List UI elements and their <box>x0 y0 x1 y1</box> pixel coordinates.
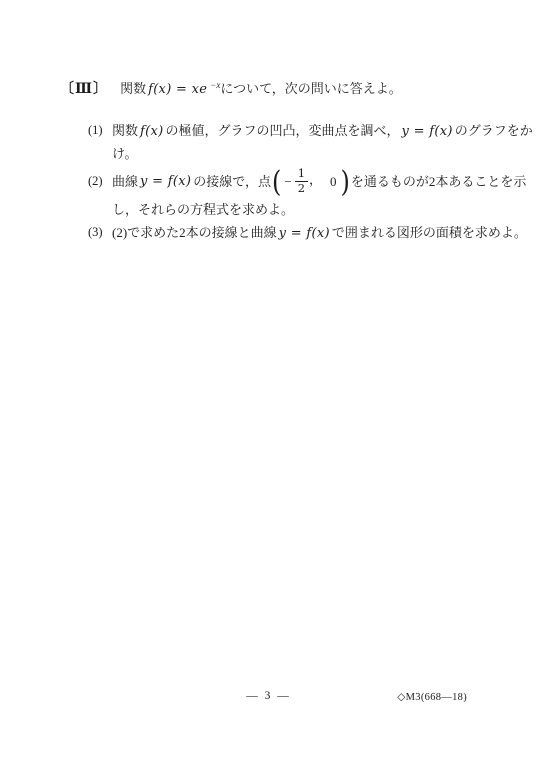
coordinate-comma: ， <box>309 163 322 200</box>
q1-math-fx: f(x) <box>140 124 164 139</box>
q1-math-y-equals-fx: y = f(x) <box>402 124 453 139</box>
question-3-text: (2)で求めた2本の接線と曲線y = f(x)で囲まれる図形の面積を求めよ。 <box>112 221 527 244</box>
close-paren: ) <box>341 167 350 196</box>
problem-label: 〔Ⅲ〕 <box>60 81 108 98</box>
statement-math-exponent: −x <box>210 80 220 90</box>
question-2-number: (2) <box>88 165 112 198</box>
q2-math-y-equals-fx: y = f(x) <box>140 165 191 198</box>
question-1-line-1: 関数f(x)の極値，グラフの凹凸，変曲点を調べ，y = f(x)のグラフをか <box>112 119 533 142</box>
coordinate-zero: 0 <box>330 165 337 198</box>
question-1-line-2: け。 <box>112 142 533 165</box>
fraction-denominator: 2 <box>295 181 308 196</box>
question-1-number: (1) <box>88 119 112 142</box>
question-1: (1) 関数f(x)の極値，グラフの凹凸，変曲点を調べ，y = f(x)のグラフ… <box>88 119 480 165</box>
q3-text-1: (2)で求めた2本の接線と曲線 <box>112 225 277 240</box>
fraction-numerator: 1 <box>295 167 308 181</box>
problem-statement: 関数f(x) = xe−xについて，次の問いに答えよ。 <box>120 80 402 98</box>
question-2-line-1: 曲線y = f(x)の接線で，点(−12，0)を通るものが2本あることを示 <box>112 165 526 198</box>
q2-text-2: の接線で，点 <box>193 165 271 198</box>
statement-math-function: f(x) = xe <box>148 82 207 97</box>
question-2-line-2: し，それらの方程式を求めよ。 <box>112 198 526 221</box>
question-3: (3) (2)で求めた2本の接線と曲線y = f(x)で囲まれる図形の面積を求め… <box>88 221 480 244</box>
q1-text-1: 関数 <box>112 123 138 138</box>
statement-text-before: 関数 <box>120 81 146 96</box>
q3-text-2: で囲まれる図形の面積を求めよ。 <box>332 225 527 240</box>
statement-text-after: について，次の問いに答えよ。 <box>220 81 401 96</box>
question-3-number: (3) <box>88 221 112 244</box>
q1-text-2: の極値，グラフの凹凸，変曲点を調べ， <box>166 123 400 138</box>
question-3-line-1: (2)で求めた2本の接線と曲線y = f(x)で囲まれる図形の面積を求めよ。 <box>112 221 527 244</box>
point-coordinates: (−12，0) <box>272 163 350 200</box>
q1-text-3: のグラフをか <box>455 123 533 138</box>
q2-text-1: 曲線 <box>112 165 138 198</box>
q2-text-continuation: し，それらの方程式を求めよ。 <box>112 202 294 217</box>
question-list: (1) 関数f(x)の極値，グラフの凹凸，変曲点を調べ，y = f(x)のグラフ… <box>88 119 480 244</box>
question-1-text: 関数f(x)の極値，グラフの凹凸，変曲点を調べ，y = f(x)のグラフをか け… <box>112 119 533 165</box>
exam-page: 〔Ⅲ〕 関数f(x) = xe−xについて，次の問いに答えよ。 (1) 関数f(… <box>0 0 537 758</box>
problem-header: 〔Ⅲ〕 関数f(x) = xe−xについて，次の問いに答えよ。 <box>60 80 480 98</box>
document-code: ◇M3(668—18) <box>397 691 467 703</box>
q2-text-3: を通るものが2本あることを示 <box>351 165 527 198</box>
question-2-text: 曲線y = f(x)の接線で，点(−12，0)を通るものが2本あることを示 し，… <box>112 165 526 221</box>
problem-block: 〔Ⅲ〕 関数f(x) = xe−xについて，次の問いに答えよ。 (1) 関数f(… <box>60 80 480 244</box>
q3-math-y-equals-fx: y = f(x) <box>279 226 330 241</box>
fraction-one-half: 12 <box>295 167 308 196</box>
q1-text-continuation: け。 <box>112 146 137 161</box>
open-paren: ( <box>272 167 281 196</box>
question-2: (2) 曲線y = f(x)の接線で，点(−12，0)を通るものが2本あることを… <box>88 165 480 221</box>
minus-sign: − <box>284 165 291 198</box>
